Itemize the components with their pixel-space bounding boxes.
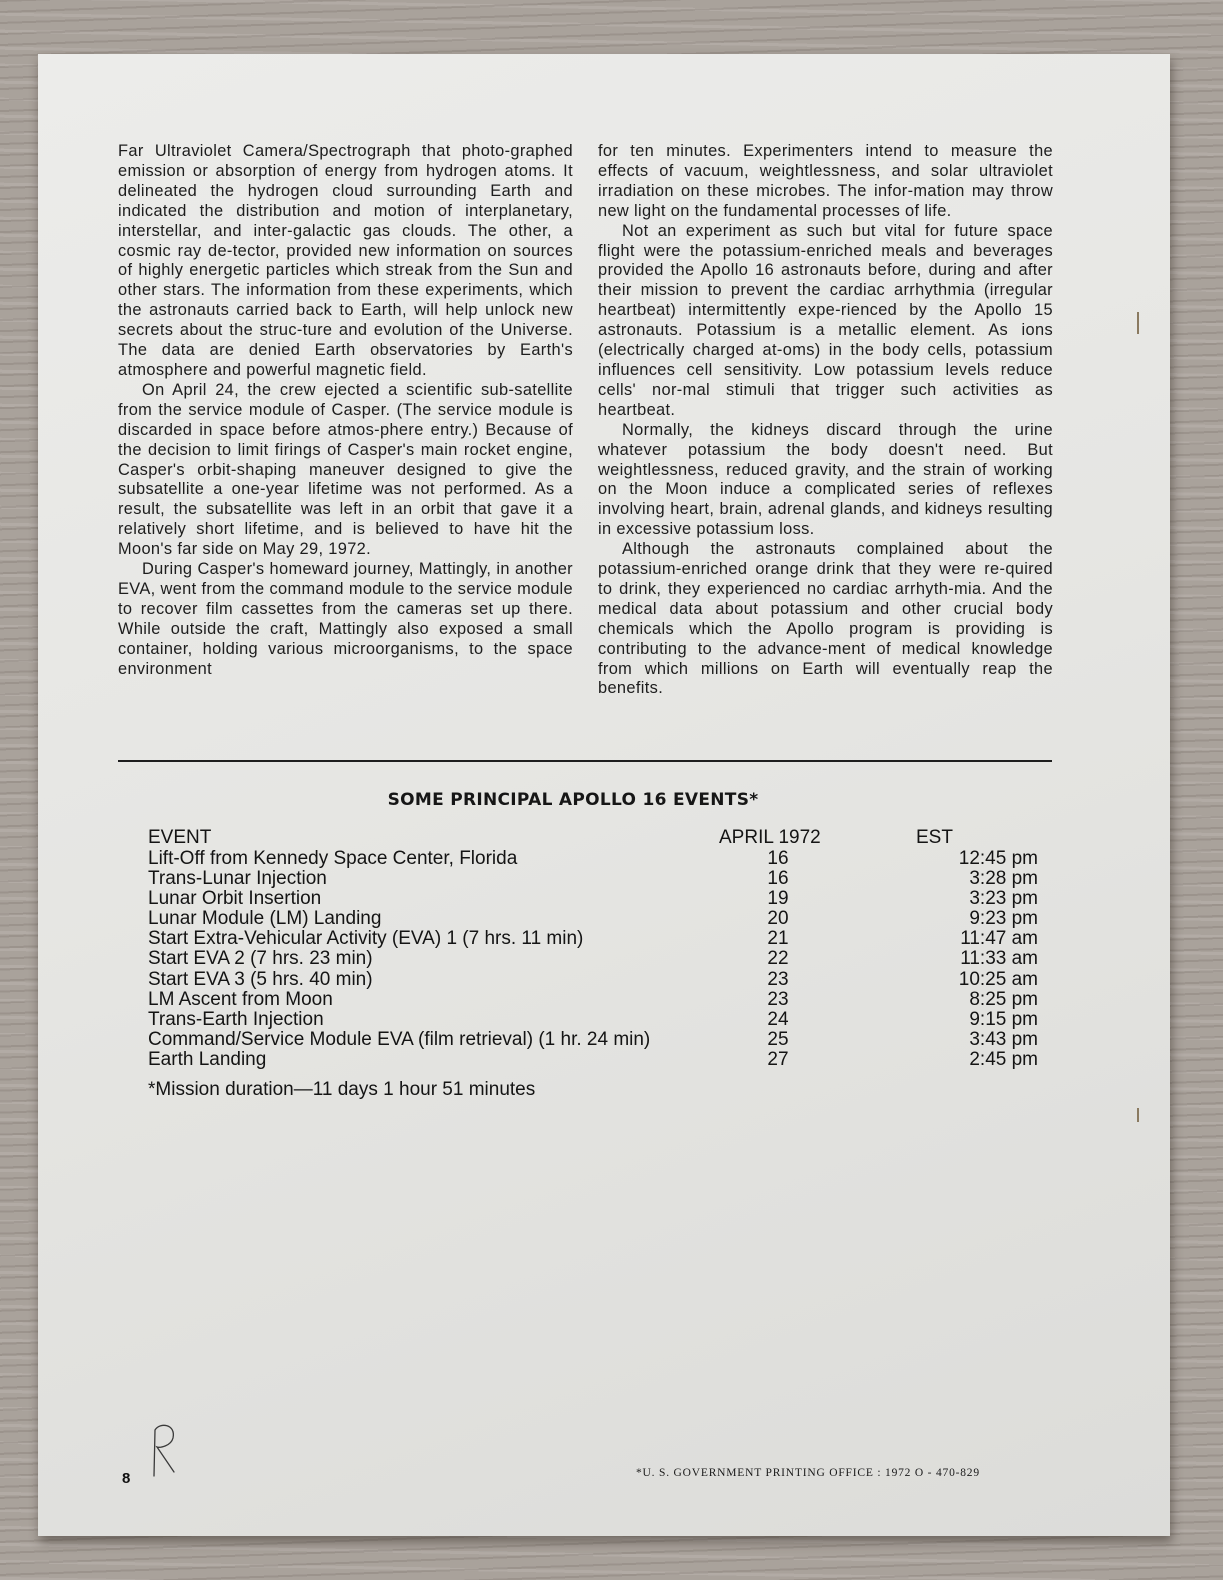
event-name: Trans-Earth Injection <box>148 1010 708 1030</box>
table-row: Lunar Module (LM) Landing209:23 pm <box>148 909 1048 929</box>
event-name: Lunar Orbit Insertion <box>148 889 708 909</box>
event-name: Start Extra-Vehicular Activity (EVA) 1 (… <box>148 929 708 949</box>
event-name: Command/Service Module EVA (film retriev… <box>148 1030 708 1050</box>
event-date: 25 <box>708 1030 848 1050</box>
table-row: LM Ascent from Moon238:25 pm <box>148 990 1048 1010</box>
event-date: 19 <box>708 889 848 909</box>
event-date: 16 <box>708 869 848 889</box>
event-name: Lunar Module (LM) Landing <box>148 909 708 929</box>
event-name: Start EVA 2 (7 hrs. 23 min) <box>148 949 708 969</box>
event-name: Earth Landing <box>148 1050 708 1070</box>
paragraph: During Casper's homeward journey, Mattin… <box>118 560 573 679</box>
event-date: 27 <box>708 1050 848 1070</box>
event-date: 16 <box>708 849 848 869</box>
paper-blemish <box>1137 312 1139 334</box>
table-row: Trans-Lunar Injection163:28 pm <box>148 869 1048 889</box>
header-date: APRIL 1972 <box>708 828 848 849</box>
event-name: Lift-Off from Kennedy Space Center, Flor… <box>148 849 708 869</box>
events-table-body: Lift-Off from Kennedy Space Center, Flor… <box>148 849 1048 1070</box>
document-page: Far Ultraviolet Camera/Spectrograph that… <box>38 54 1170 1536</box>
events-table-title: SOME PRINCIPAL APOLLO 16 EVENTS* <box>38 790 1108 810</box>
event-time: 11:33 am <box>848 949 1038 969</box>
event-time: 9:23 pm <box>848 909 1038 929</box>
paragraph: Normally, the kidneys discard through th… <box>598 421 1053 540</box>
paper-blemish <box>1137 1108 1139 1122</box>
section-divider <box>118 760 1052 762</box>
table-row: Command/Service Module EVA (film retriev… <box>148 1030 1048 1050</box>
event-time: 2:45 pm <box>848 1050 1038 1070</box>
event-date: 23 <box>708 970 848 990</box>
event-date: 21 <box>708 929 848 949</box>
printing-office-imprint: *U. S. GOVERNMENT PRINTING OFFICE : 1972… <box>636 1467 980 1479</box>
table-row: Start EVA 2 (7 hrs. 23 min)2211:33 am <box>148 949 1048 969</box>
event-date: 20 <box>708 909 848 929</box>
event-name: Start EVA 3 (5 hrs. 40 min) <box>148 970 708 990</box>
table-row: Lunar Orbit Insertion193:23 pm <box>148 889 1048 909</box>
page-number: 8 <box>122 1470 130 1487</box>
events-table: EVENT APRIL 1972 EST Lift-Off from Kenne… <box>148 828 1048 1070</box>
event-time: 8:25 pm <box>848 990 1038 1010</box>
header-event: EVENT <box>148 828 708 849</box>
text-column-right: for ten minutes. Experimenters intend to… <box>598 142 1053 699</box>
paragraph: Although the astronauts complained about… <box>598 540 1053 699</box>
paragraph: Far Ultraviolet Camera/Spectrograph that… <box>118 142 573 381</box>
handwritten-r-mark <box>146 1420 196 1480</box>
event-time: 9:15 pm <box>848 1010 1038 1030</box>
event-time: 11:47 am <box>848 929 1038 949</box>
event-date: 23 <box>708 990 848 1010</box>
header-time: EST <box>848 828 1038 849</box>
mission-duration-footnote: *Mission duration—11 days 1 hour 51 minu… <box>148 1079 535 1101</box>
event-time: 3:23 pm <box>848 889 1038 909</box>
paragraph: On April 24, the crew ejected a scientif… <box>118 381 573 560</box>
paragraph: Not an experiment as such but vital for … <box>598 222 1053 421</box>
table-row: Start Extra-Vehicular Activity (EVA) 1 (… <box>148 929 1048 949</box>
events-table-header: EVENT APRIL 1972 EST <box>148 828 1048 849</box>
table-row: Start EVA 3 (5 hrs. 40 min)2310:25 am <box>148 970 1048 990</box>
event-time: 12:45 pm <box>848 849 1038 869</box>
table-row: Trans-Earth Injection249:15 pm <box>148 1010 1048 1030</box>
table-row: Earth Landing272:45 pm <box>148 1050 1048 1070</box>
event-name: Trans-Lunar Injection <box>148 869 708 889</box>
table-row: Lift-Off from Kennedy Space Center, Flor… <box>148 849 1048 869</box>
event-date: 22 <box>708 949 848 969</box>
event-date: 24 <box>708 1010 848 1030</box>
event-name: LM Ascent from Moon <box>148 990 708 1010</box>
text-column-left: Far Ultraviolet Camera/Spectrograph that… <box>118 142 573 679</box>
event-time: 10:25 am <box>848 970 1038 990</box>
event-time: 3:28 pm <box>848 869 1038 889</box>
event-time: 3:43 pm <box>848 1030 1038 1050</box>
paragraph: for ten minutes. Experimenters intend to… <box>598 142 1053 222</box>
